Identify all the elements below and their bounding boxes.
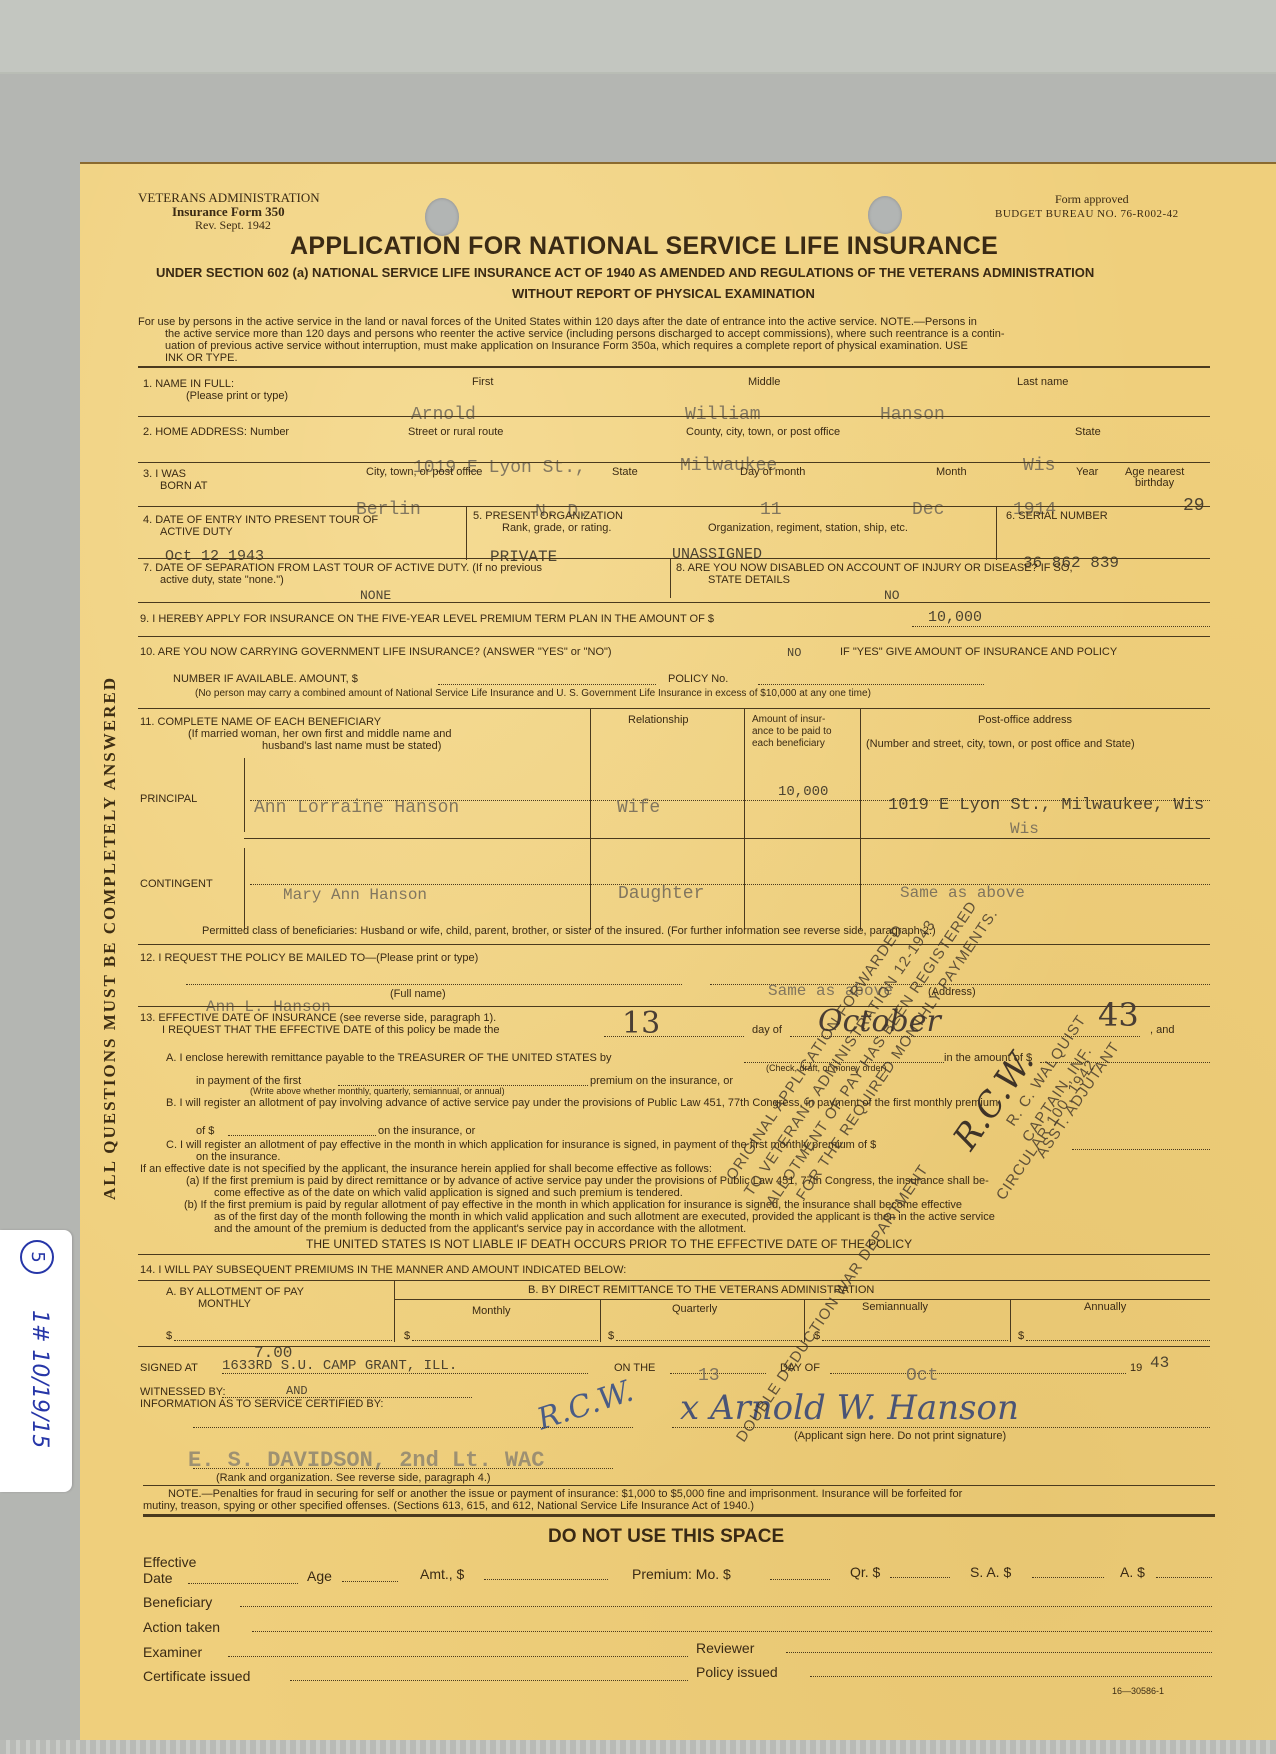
signed-day-value[interactable]: 13 [698, 1366, 720, 1386]
divider [138, 1254, 1210, 1255]
scanner-top-band [0, 0, 1276, 74]
q10-policy-label: POLICY No. [668, 673, 728, 685]
office-action-label: Action taken [143, 1619, 220, 1635]
q11-col-relationship: Relationship [628, 714, 689, 726]
contingent-line [250, 884, 1210, 885]
q14-label: 14. I WILL PAY SUBSEQUENT PREMIUMS IN TH… [140, 1264, 626, 1276]
divider [244, 838, 1210, 839]
office-date-field[interactable] [188, 1583, 298, 1584]
q14-col-semiannually: Semiannually [862, 1301, 928, 1313]
q9-label: 9. I HEREBY APPLY FOR INSURANCE ON THE F… [140, 613, 714, 625]
q13-day-of: day of [752, 1024, 782, 1036]
sleeve-edge [0, 1740, 1276, 1754]
penalty-note-1: NOTE.—Penalties for fraud in securing fo… [168, 1488, 962, 1500]
office-amt-label: Amt., $ [420, 1566, 464, 1582]
bracket [244, 848, 245, 930]
signed-year-value[interactable]: 43 [1150, 1354, 1169, 1372]
divider [143, 1485, 1215, 1486]
q11-label: 11. COMPLETE NAME OF EACH BENEFICIARY [140, 716, 381, 728]
q1-col-middle: Middle [748, 376, 780, 388]
office-date-label: Date [143, 1570, 173, 1586]
birth-month-value[interactable]: Dec [912, 500, 944, 520]
signed-at-value[interactable]: 1633RD S.U. CAMP GRANT, ILL. [222, 1358, 457, 1374]
q13-option-a: A. I enclose herewith remittance payable… [166, 1052, 611, 1064]
year-prefix: 19 [1130, 1362, 1142, 1374]
form-title: APPLICATION FOR NATIONAL SERVICE LIFE IN… [290, 232, 998, 261]
divider [466, 506, 467, 560]
separation-date-value[interactable]: NONE [360, 588, 391, 603]
first-name-value[interactable]: Arnold [411, 405, 476, 425]
office-use-title: DO NOT USE THIS SPACE [548, 1526, 784, 1548]
divider [138, 506, 1210, 507]
divider [138, 1006, 1210, 1007]
effective-day-value[interactable]: 13 [622, 1006, 660, 1041]
q2-col-street: Street or rural route [408, 426, 503, 438]
q11-sub-2: husband's last name must be stated) [262, 740, 441, 752]
q14-col-monthly: Monthly [472, 1305, 511, 1317]
divider [138, 462, 1210, 463]
office-action-field[interactable] [252, 1631, 1212, 1632]
q7-label: 7. DATE OF SEPARATION FROM LAST TOUR OF … [143, 562, 542, 574]
q1-sublabel: (Please print or type) [186, 390, 288, 402]
q3-col-day: Day of month [740, 466, 805, 478]
q2-label: 2. HOME ADDRESS: Number [143, 426, 289, 438]
witnessed-value[interactable]: AND [286, 1384, 308, 1398]
office-examiner-label: Examiner [143, 1644, 202, 1660]
divider [394, 1280, 395, 1342]
state-value[interactable]: Wis [1023, 456, 1055, 476]
q14-col-quarterly: Quarterly [672, 1303, 717, 1315]
organization-value[interactable]: UNASSIGNED [672, 546, 762, 563]
q14-allotment-label-2: MONTHLY [198, 1298, 251, 1310]
q4-label-2: ACTIVE DUTY [160, 526, 233, 538]
mail-name-field[interactable] [186, 984, 682, 985]
dollar-sign: $ [1018, 1330, 1024, 1342]
office-a-label: A. $ [1120, 1564, 1145, 1580]
birth-day-value[interactable]: 11 [760, 500, 782, 520]
office-beneficiary-label: Beneficiary [143, 1594, 212, 1610]
office-age-label: Age [307, 1568, 332, 1584]
divider [138, 602, 1210, 603]
form-approved: Form approved [1055, 192, 1129, 207]
office-beneficiary-field[interactable] [240, 1606, 1212, 1607]
q2-col-state: State [1075, 426, 1101, 438]
dollar-sign: $ [608, 1330, 614, 1342]
q14-allotment-label: A. BY ALLOTMENT OF PAY [166, 1286, 304, 1298]
contingent-address-value[interactable]: Same as above [900, 884, 1025, 902]
disability-value[interactable]: NO [884, 588, 900, 603]
q3-col-city: City, town, or post office [366, 466, 482, 478]
instructions-line-1: For use by persons in the active service… [138, 316, 977, 328]
penalty-note-2: mutiny, treason, spying or other specifi… [143, 1500, 754, 1512]
q10-label: 10. ARE YOU NOW CARRYING GOVERNMENT LIFE… [140, 646, 612, 658]
office-policy-field[interactable] [810, 1676, 1212, 1677]
q8-label: 8. ARE YOU NOW DISABLED ON ACCOUNT OF IN… [676, 562, 1073, 574]
q12-col-name: (Full name) [390, 988, 446, 1000]
instructions-line-2: the active service more than 120 days an… [165, 328, 1004, 340]
q9-fill-line [912, 626, 1210, 627]
divider [600, 1299, 601, 1342]
q7-label-2: active duty, state "none.") [160, 574, 284, 586]
bracket [244, 758, 245, 832]
principal-relationship-value[interactable]: Wife [617, 798, 660, 818]
office-qr-label: Qr. $ [850, 1564, 880, 1580]
remittance-amount-field[interactable] [1040, 1062, 1210, 1063]
divider [744, 708, 745, 930]
semiannual-amount-field[interactable] [822, 1340, 1008, 1341]
witnessed-by-label: WITNESSED BY: [140, 1386, 226, 1398]
q13-default-rule-b: (b) If the first premium is paid by regu… [184, 1199, 962, 1211]
office-sa-label: S. A. $ [970, 1564, 1011, 1580]
q12-label: 12. I REQUEST THE POLICY BE MAILED TO—(P… [140, 952, 478, 964]
policy-number-field[interactable] [758, 684, 984, 685]
q5-col-org: Organization, regiment, station, ship, e… [708, 522, 908, 534]
principal-amount-value[interactable]: 10,000 [778, 784, 828, 800]
last-name-value[interactable]: Hanson [880, 405, 945, 425]
quarterly-amount-field[interactable] [616, 1340, 802, 1341]
divider [996, 506, 997, 560]
q5-col-rank: Rank, grade, or rating. [502, 522, 611, 534]
contingent-relationship-value[interactable]: Daughter [618, 884, 704, 904]
applicant-signature[interactable]: x Arnold W. Hanson [680, 1388, 1019, 1428]
budget-bureau-number: BUDGET BUREAU NO. 76-R002-42 [995, 208, 1179, 220]
q10-label-2: NUMBER IF AVAILABLE. AMOUNT, $ [173, 673, 358, 685]
beneficiary-principal-label: PRINCIPAL [140, 793, 197, 805]
q2-col-city: County, city, town, or post office [686, 426, 840, 438]
on-the-label: ON THE [614, 1362, 655, 1374]
q1-label: 1. NAME IN FULL: [143, 378, 234, 390]
q11-col-amount: Amount of insur- [752, 714, 825, 725]
q13-default-rule-a-2: come effective as of the date on which v… [214, 1187, 683, 1199]
principal-name-value[interactable]: Ann Lorraine Hanson [254, 798, 459, 818]
q13-option-c-2: on the insurance. [196, 1151, 280, 1163]
divider [138, 416, 1210, 417]
middle-name-value[interactable]: William [685, 405, 761, 425]
office-a-field[interactable] [1156, 1577, 1212, 1578]
form-code: 16—30586-1 [1112, 1686, 1164, 1696]
q13-default-rule-b-3: and the amount of the premium is deducte… [214, 1223, 746, 1235]
q3-col-age-2: birthday [1135, 477, 1174, 489]
q1-col-first: First [472, 376, 493, 388]
carrying-insurance-value[interactable]: NO [787, 646, 801, 660]
q11-col-address-2: (Number and street, city, town, or post … [866, 738, 1135, 750]
office-effective-label: Effective [143, 1554, 196, 1570]
q13-label: 13. EFFECTIVE DATE OF INSURANCE (see rev… [140, 1012, 496, 1024]
office-amt-field[interactable] [484, 1579, 608, 1580]
annual-amount-field[interactable] [1026, 1340, 1210, 1341]
office-reviewer-field[interactable] [786, 1652, 1212, 1653]
existing-amount-field[interactable] [438, 684, 656, 685]
q13-label-2: I REQUEST THAT THE EFFECTIVE DATE of thi… [162, 1024, 499, 1036]
instructions-line-4: INK OR TYPE. [165, 352, 238, 364]
punch-hole-right [868, 196, 902, 234]
applicant-signature-sub: (Applicant sign here. Do not print signa… [794, 1430, 1006, 1442]
q13-option-a-2-sub: (Write above whether monthly, quarterly,… [250, 1086, 505, 1096]
office-qr-field[interactable] [890, 1577, 950, 1578]
principal-address-line-2[interactable]: Wis [1010, 820, 1039, 838]
certified-by-label: INFORMATION AS TO SERVICE CERTIFIED BY: [140, 1398, 383, 1410]
q1-col-last: Last name [1017, 376, 1068, 388]
q14-col-annually: Annually [1084, 1301, 1126, 1313]
insurance-amount-value[interactable]: 10,000 [928, 609, 982, 626]
q3-label-2: BORN AT [160, 480, 207, 492]
certifier-rank-line [193, 1468, 613, 1469]
divider [138, 1280, 1210, 1281]
divider [138, 636, 1210, 637]
divider [143, 1514, 1215, 1517]
q13-option-b-2: of $ [196, 1125, 214, 1137]
q8-label-2: STATE DETAILS [708, 574, 790, 586]
q3-col-state: State [612, 466, 638, 478]
office-premium-label: Premium: Mo. $ [632, 1566, 731, 1582]
q11-sub-1: (If married woman, her own first and mid… [188, 728, 452, 740]
punch-hole-left [425, 198, 459, 236]
allotment-amount-field[interactable] [174, 1340, 392, 1341]
q11-col-address: Post-office address [978, 714, 1072, 726]
office-reviewer-label: Reviewer [696, 1640, 754, 1656]
office-certificate-field[interactable] [290, 1680, 688, 1681]
q6-label: 6. SERIAL NUMBER [1006, 510, 1108, 522]
side-instruction-label: ALL QUESTIONS MUST BE COMPLETELY ANSWERE… [100, 676, 120, 1200]
divider [860, 708, 861, 930]
divider [138, 366, 1210, 368]
divider [138, 944, 1210, 945]
q3-col-month: Month [936, 466, 967, 478]
form-revision: Rev. Sept. 1942 [195, 218, 271, 233]
q13-and: , and [1150, 1024, 1174, 1036]
q3-label: 3. I WAS [143, 468, 186, 480]
option-b-amount-field[interactable] [228, 1135, 376, 1136]
q11-col-amount-3: each beneficiary [752, 738, 825, 749]
q14-remittance-label: B. BY DIRECT REMITTANCE TO THE VETERANS … [528, 1284, 874, 1296]
q13-default-rule: If an effective date is not specified by… [140, 1163, 712, 1175]
q13-option-b-2b: on the insurance, or [378, 1125, 475, 1137]
office-premium-mo-field[interactable] [770, 1579, 830, 1580]
divider [138, 708, 1210, 709]
office-examiner-field[interactable] [228, 1656, 688, 1657]
liability-statement: THE UNITED STATES IS NOT LIABLE IF DEATH… [306, 1237, 912, 1251]
office-certificate-label: Certificate issued [143, 1668, 250, 1684]
form-subtitle: UNDER SECTION 602 (a) NATIONAL SERVICE L… [156, 265, 1094, 280]
divider [138, 1346, 1210, 1347]
signed-at-label: SIGNED AT [140, 1362, 198, 1374]
signed-month-field[interactable] [830, 1373, 1126, 1374]
q13-default-rule-a: (a) If the first premium is paid by dire… [186, 1175, 989, 1187]
q3-col-year: Year [1076, 466, 1098, 478]
monthly-amount-field[interactable] [412, 1340, 598, 1341]
instructions-line-3: uation of previous active service withou… [165, 340, 968, 352]
permitted-beneficiaries-note: Permitted class of beneficiaries: Husban… [202, 925, 936, 937]
divider [590, 708, 591, 930]
q10-note: (No person may carry a combined amount o… [195, 688, 871, 699]
dollar-sign: $ [166, 1330, 172, 1342]
office-age-field[interactable] [342, 1581, 398, 1582]
side-tab-circled-number: 5 [20, 1240, 54, 1274]
signed-month-value[interactable]: Oct [906, 1366, 938, 1386]
q4-label: 4. DATE OF ENTRY INTO PRESENT TOUR OF [143, 514, 378, 526]
effective-year-value[interactable]: 43 [1098, 996, 1139, 1034]
beneficiary-contingent-label: CONTINGENT [140, 878, 213, 890]
divider [394, 1299, 1210, 1300]
side-tab-note: 1# 10/19/15 [27, 1310, 52, 1448]
archive-side-tab: 5 1# 10/19/15 [0, 1230, 72, 1492]
q13-option-a-2b: premium on the insurance, or [590, 1075, 733, 1087]
form-subtitle-2: WITHOUT REPORT OF PHYSICAL EXAMINATION [512, 286, 815, 301]
divider [670, 558, 671, 598]
office-sa-field[interactable] [1032, 1577, 1104, 1578]
divider [1010, 1299, 1011, 1342]
q5-label: 5. PRESENT ORGANIZATION [473, 510, 623, 522]
certifier-name-value[interactable]: E. S. DAVIDSON, 2nd Lt. WAC [188, 1448, 544, 1473]
dollar-sign: $ [404, 1330, 410, 1342]
option-c-amount-field[interactable] [1072, 1149, 1210, 1150]
q10-label-b: IF "YES" GIVE AMOUNT OF INSURANCE AND PO… [840, 646, 1117, 658]
divider [138, 558, 1210, 559]
office-policy-label: Policy issued [696, 1664, 778, 1680]
certifier-sub: (Rank and organization. See reverse side… [216, 1472, 491, 1484]
certifier-signature-line[interactable] [193, 1427, 633, 1428]
contingent-name-value[interactable]: Mary Ann Hanson [283, 886, 427, 904]
principal-address-value[interactable]: 1019 E Lyon St., Milwaukee, Wis [888, 796, 1204, 815]
q11-col-amount-2: ance to be paid to [752, 726, 832, 737]
